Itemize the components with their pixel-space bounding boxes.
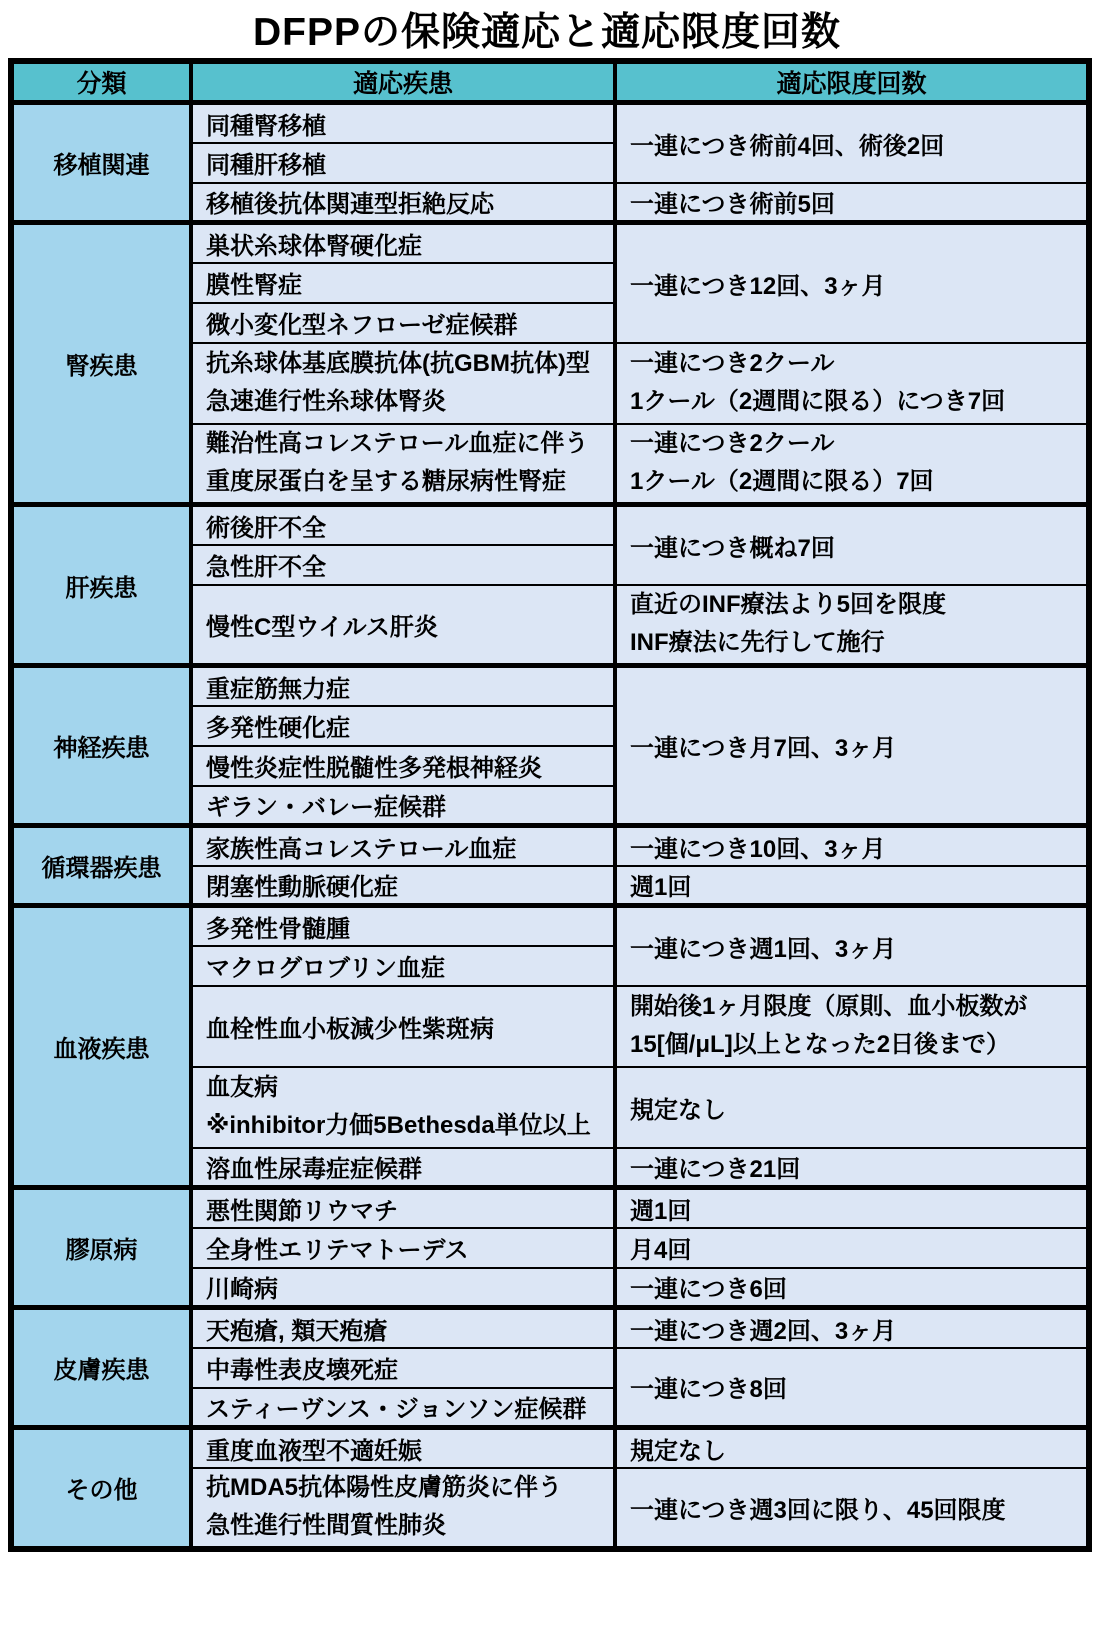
limit-cell: 一連につき週2回、3ヶ月 <box>615 1308 1089 1348</box>
cell-line: 一連につき2クール <box>630 425 1080 463</box>
disease-cell: 家族性高コレステロール血症 <box>191 826 615 866</box>
limit-cell: 一連につき21回 <box>615 1148 1089 1188</box>
disease-cell: 川崎病 <box>191 1268 615 1308</box>
disease-cell: 天疱瘡, 類天疱瘡 <box>191 1308 615 1348</box>
disease-cell: 同種肝移植 <box>191 143 615 183</box>
disease-cell: 全身性エリテマトーデス <box>191 1228 615 1268</box>
disease-cell: 重度血液型不適妊娠 <box>191 1428 615 1468</box>
cell-line: 急速進行性糸球体腎炎 <box>206 383 607 421</box>
category-cell: 神経疾患 <box>11 666 191 826</box>
limit-cell: 週1回 <box>615 866 1089 906</box>
limit-cell: 月4回 <box>615 1228 1089 1268</box>
header-row: 分類 適応疾患 適応限度回数 <box>11 61 1089 103</box>
table-row: 循環器疾患 家族性高コレステロール血症 一連につき10回、3ヶ月 <box>11 826 1089 866</box>
limit-cell: 一連につき概ね7回 <box>615 505 1089 585</box>
disease-cell: 血栓性血小板減少性紫斑病 <box>191 986 615 1067</box>
disease-cell: 中毒性表皮壊死症 <box>191 1348 615 1388</box>
column-header-category: 分類 <box>11 61 191 103</box>
disease-cell: 慢性C型ウイルス肝炎 <box>191 585 615 666</box>
disease-cell: 難治性高コレステロール血症に伴う 重度尿蛋白を呈する糖尿病性腎症 <box>191 424 615 505</box>
table-row: 血液疾患 多発性骨髄腫 一連につき週1回、3ヶ月 <box>11 906 1089 946</box>
limit-cell: 一連につき12回、3ヶ月 <box>615 223 1089 343</box>
disease-cell: 閉塞性動脈硬化症 <box>191 866 615 906</box>
page: DFPPの保険適応と適応限度回数 分類 適応疾患 適応限度回数 移植関連 同種腎… <box>0 0 1094 1644</box>
limit-cell: 一連につき週3回に限り、45回限度 <box>615 1468 1089 1549</box>
table-row: 神経疾患 重症筋無力症 一連につき月7回、3ヶ月 <box>11 666 1089 706</box>
limit-cell: 一連につき2クール 1クール（2週間に限る）につき7回 <box>615 343 1089 424</box>
limit-cell: 一連につき6回 <box>615 1268 1089 1308</box>
limit-cell: 一連につき術前5回 <box>615 183 1089 223</box>
disease-cell: 巣状糸球体腎硬化症 <box>191 223 615 263</box>
cell-line: 難治性高コレステロール血症に伴う <box>206 425 607 463</box>
table-row: 膠原病 悪性関節リウマチ 週1回 <box>11 1188 1089 1228</box>
disease-cell: 溶血性尿毒症症候群 <box>191 1148 615 1188</box>
category-cell: 血液疾患 <box>11 906 191 1188</box>
limit-cell: 一連につき月7回、3ヶ月 <box>615 666 1089 826</box>
disease-cell: 抗MDA5抗体陽性皮膚筋炎に伴う 急性進行性間質性肺炎 <box>191 1468 615 1549</box>
limit-cell: 直近のINF療法より5回を限度 INF療法に先行して施行 <box>615 585 1089 666</box>
disease-cell: 慢性炎症性脱髄性多発根神経炎 <box>191 746 615 786</box>
limit-cell: 一連につき週1回、3ヶ月 <box>615 906 1089 986</box>
cell-line: 1クール（2週間に限る）につき7回 <box>630 383 1080 421</box>
disease-cell: 重症筋無力症 <box>191 666 615 706</box>
limit-cell: 規定なし <box>615 1428 1089 1468</box>
disease-cell: ギラン・バレー症候群 <box>191 786 615 826</box>
cell-line: 15[個/μL]以上となった2日後まで） <box>630 1026 1080 1064</box>
limit-cell: 一連につき10回、3ヶ月 <box>615 826 1089 866</box>
disease-cell: 移植後抗体関連型拒絶反応 <box>191 183 615 223</box>
dfpp-table: 分類 適応疾患 適応限度回数 移植関連 同種腎移植 一連につき術前4回、術後2回… <box>8 58 1092 1552</box>
table-row: 移植関連 同種腎移植 一連につき術前4回、術後2回 <box>11 103 1089 143</box>
cell-line: ※inhibitor力価5Bethesda単位以上 <box>206 1107 607 1145</box>
limit-cell: 一連につき術前4回、術後2回 <box>615 103 1089 183</box>
cell-line: 開始後1ヶ月限度（原則、血小板数が <box>630 988 1080 1026</box>
cell-line: 抗糸球体基底膜抗体(抗GBM抗体)型 <box>206 345 607 383</box>
disease-cell: 悪性関節リウマチ <box>191 1188 615 1228</box>
category-cell: 循環器疾患 <box>11 826 191 906</box>
disease-cell: 術後肝不全 <box>191 505 615 545</box>
disease-cell: マクログロブリン血症 <box>191 946 615 986</box>
disease-cell: 膜性腎症 <box>191 263 615 303</box>
cell-line: 直近のINF療法より5回を限度 <box>630 586 1080 624</box>
limit-cell: 週1回 <box>615 1188 1089 1228</box>
disease-cell: 急性肝不全 <box>191 545 615 585</box>
disease-cell: スティーヴンス・ジョンソン症候群 <box>191 1388 615 1428</box>
disease-cell: 多発性硬化症 <box>191 706 615 746</box>
table-row: その他 重度血液型不適妊娠 規定なし <box>11 1428 1089 1468</box>
table-row: 肝疾患 術後肝不全 一連につき概ね7回 <box>11 505 1089 545</box>
disease-cell: 血友病 ※inhibitor力価5Bethesda単位以上 <box>191 1067 615 1148</box>
page-title: DFPPの保険適応と適応限度回数 <box>0 0 1094 58</box>
cell-line: 1クール（2週間に限る）7回 <box>630 463 1080 501</box>
limit-cell: 規定なし <box>615 1067 1089 1148</box>
table-row: 腎疾患 巣状糸球体腎硬化症 一連につき12回、3ヶ月 <box>11 223 1089 263</box>
cell-line: 血友病 <box>206 1069 607 1107</box>
table-row: 皮膚疾患 天疱瘡, 類天疱瘡 一連につき週2回、3ヶ月 <box>11 1308 1089 1348</box>
cell-line: INF療法に先行して施行 <box>630 624 1080 662</box>
cell-line: 重度尿蛋白を呈する糖尿病性腎症 <box>206 463 607 501</box>
disease-cell: 多発性骨髄腫 <box>191 906 615 946</box>
cell-line: 一連につき2クール <box>630 345 1080 383</box>
disease-cell: 微小変化型ネフローゼ症候群 <box>191 303 615 343</box>
column-header-disease: 適応疾患 <box>191 61 615 103</box>
category-cell: 腎疾患 <box>11 223 191 505</box>
limit-cell: 一連につき8回 <box>615 1348 1089 1428</box>
limit-cell: 一連につき2クール 1クール（2週間に限る）7回 <box>615 424 1089 505</box>
category-cell: 移植関連 <box>11 103 191 223</box>
disease-cell: 抗糸球体基底膜抗体(抗GBM抗体)型 急速進行性糸球体腎炎 <box>191 343 615 424</box>
category-cell: 皮膚疾患 <box>11 1308 191 1428</box>
category-cell: その他 <box>11 1428 191 1549</box>
category-cell: 膠原病 <box>11 1188 191 1308</box>
category-cell: 肝疾患 <box>11 505 191 666</box>
column-header-limit: 適応限度回数 <box>615 61 1089 103</box>
cell-line: 急性進行性間質性肺炎 <box>206 1507 607 1545</box>
limit-cell: 開始後1ヶ月限度（原則、血小板数が 15[個/μL]以上となった2日後まで） <box>615 986 1089 1067</box>
disease-cell: 同種腎移植 <box>191 103 615 143</box>
cell-line: 抗MDA5抗体陽性皮膚筋炎に伴う <box>206 1469 607 1507</box>
